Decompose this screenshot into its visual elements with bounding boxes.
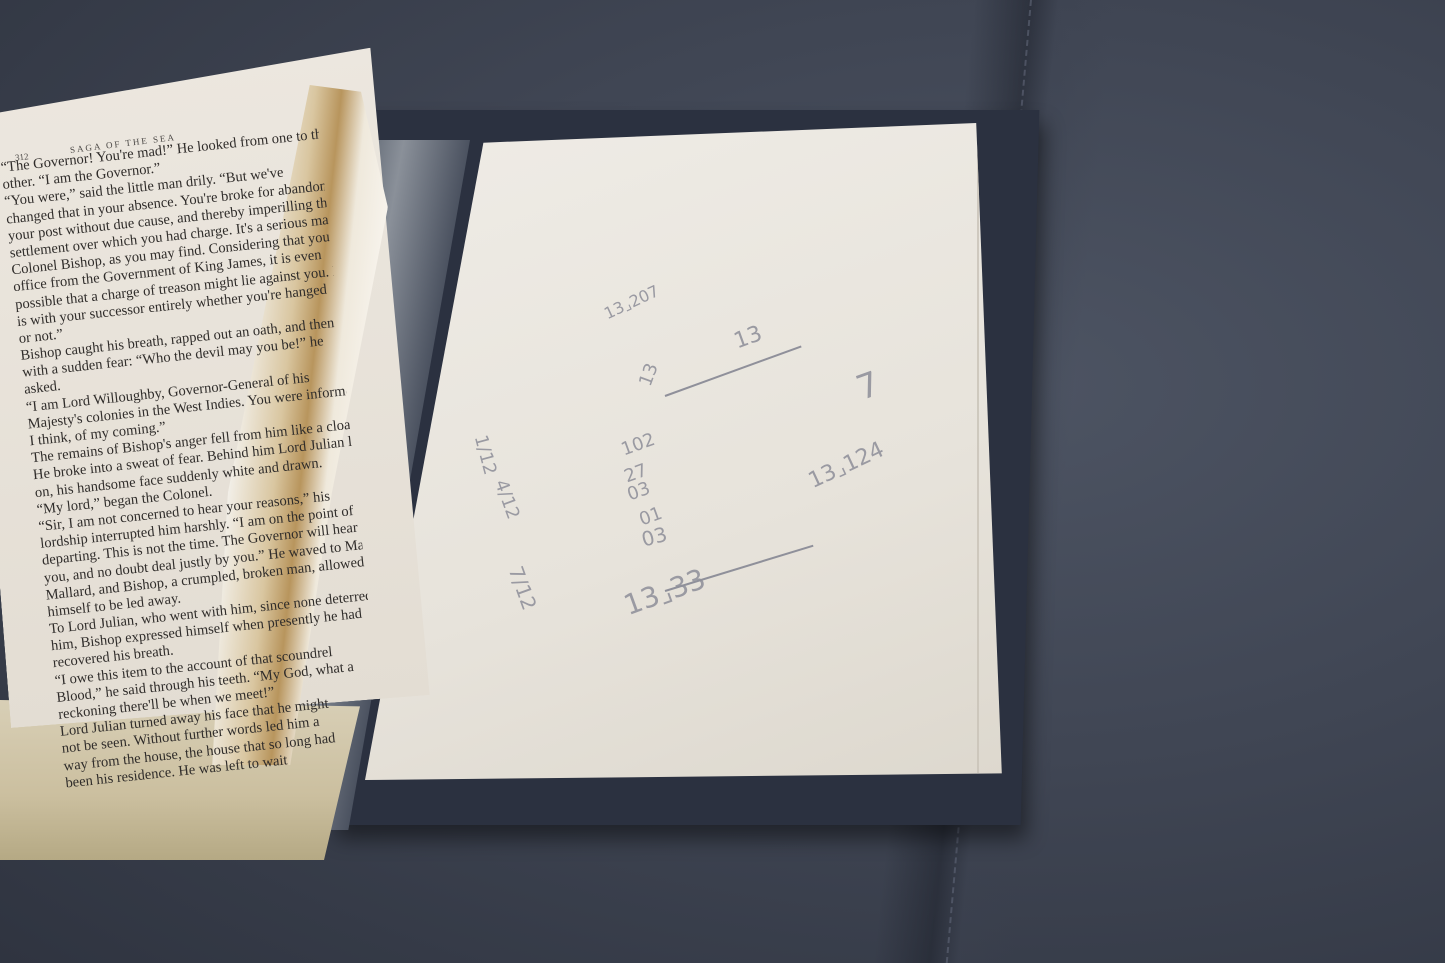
endpaper-fold-line <box>977 127 979 777</box>
page-text-block: “The Governor! You're mad!” He looked fr… <box>0 127 385 793</box>
